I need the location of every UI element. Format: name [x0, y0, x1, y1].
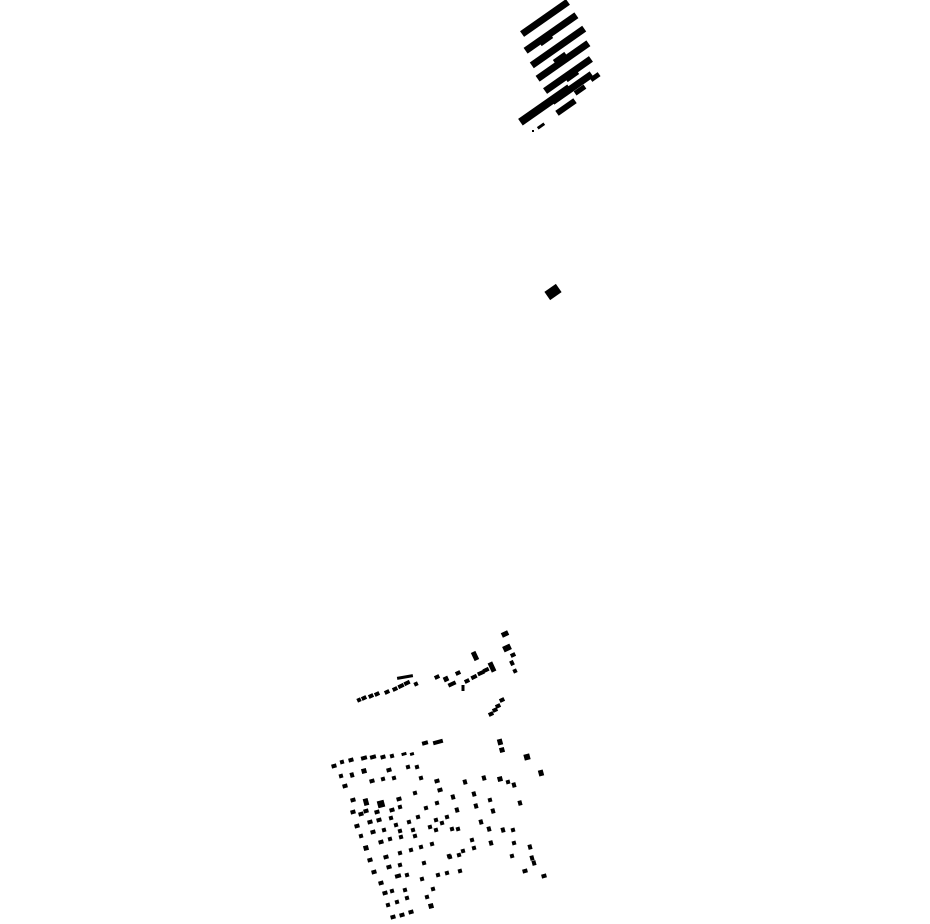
building [509, 660, 515, 666]
building [428, 825, 433, 830]
building [349, 772, 354, 778]
building [502, 644, 512, 653]
building [386, 864, 392, 869]
building [541, 873, 547, 878]
central-single-building [544, 284, 561, 300]
building [458, 869, 463, 874]
building [390, 889, 395, 894]
building [512, 668, 517, 673]
building [434, 818, 439, 823]
building [448, 680, 457, 687]
building [488, 798, 493, 803]
building [464, 678, 470, 684]
building [331, 763, 337, 768]
building [382, 890, 388, 895]
building [376, 817, 382, 822]
building [501, 630, 509, 637]
building [531, 860, 536, 866]
building [415, 765, 420, 770]
building [490, 808, 495, 814]
building [396, 796, 402, 801]
building [537, 122, 545, 129]
building [395, 873, 402, 878]
building [411, 828, 416, 833]
building [369, 778, 375, 783]
building [403, 680, 410, 686]
building [471, 651, 479, 661]
building [386, 903, 391, 908]
building [436, 873, 441, 878]
building [394, 823, 399, 828]
building [419, 776, 424, 781]
building [430, 842, 435, 847]
building [454, 807, 459, 813]
building [390, 754, 395, 759]
building [363, 808, 369, 813]
building [389, 816, 394, 821]
building [354, 823, 360, 828]
building [390, 914, 396, 919]
building [383, 854, 389, 859]
building [488, 840, 493, 846]
building [457, 853, 462, 858]
building [450, 827, 455, 832]
building [339, 774, 344, 779]
building [434, 828, 439, 833]
building [398, 863, 403, 868]
building [378, 839, 384, 844]
building [497, 776, 503, 782]
building [500, 827, 505, 833]
building [486, 826, 491, 832]
building [511, 828, 516, 833]
building [488, 661, 497, 672]
building [445, 815, 450, 820]
building [434, 674, 440, 680]
building [363, 845, 369, 851]
building [422, 740, 429, 745]
building [472, 846, 477, 851]
building [512, 841, 517, 846]
building [481, 775, 486, 781]
building [401, 752, 407, 756]
building [419, 845, 424, 850]
building [413, 834, 418, 839]
building [348, 757, 354, 762]
building [359, 834, 364, 839]
building [406, 765, 411, 770]
building [510, 652, 516, 658]
building [398, 851, 403, 856]
building [517, 800, 522, 806]
building [356, 697, 361, 702]
building [450, 794, 455, 800]
building [361, 768, 367, 774]
building [361, 755, 368, 760]
building [388, 837, 393, 842]
building [544, 284, 561, 300]
building [422, 861, 427, 866]
building [471, 791, 476, 797]
building [403, 888, 408, 893]
building [497, 738, 503, 745]
building [374, 691, 380, 697]
building [363, 798, 370, 806]
building [380, 754, 386, 759]
building [398, 829, 403, 834]
building [389, 807, 395, 812]
building [408, 909, 414, 914]
building [470, 838, 475, 843]
building [340, 760, 345, 765]
building [410, 752, 415, 756]
building [368, 693, 374, 699]
building [522, 868, 528, 873]
building [397, 683, 404, 689]
building [527, 844, 532, 850]
building [455, 670, 461, 676]
building [382, 828, 387, 833]
building [443, 676, 450, 683]
building-footprints [0, 0, 930, 924]
south-village-strip [356, 630, 517, 717]
building [413, 681, 418, 686]
building [342, 783, 348, 788]
building [370, 754, 377, 759]
building [511, 782, 516, 788]
building [374, 809, 380, 814]
building [398, 805, 403, 810]
building [405, 896, 410, 901]
building [506, 780, 511, 785]
building [381, 777, 386, 782]
building [435, 801, 440, 806]
building [384, 689, 390, 695]
building [523, 753, 530, 760]
building [437, 787, 443, 792]
building [510, 854, 515, 859]
building [499, 747, 505, 753]
building [433, 739, 444, 745]
building [405, 873, 410, 878]
building [434, 778, 440, 783]
building [473, 803, 478, 809]
building [370, 829, 376, 834]
building [499, 697, 505, 703]
building [462, 685, 465, 691]
building [478, 819, 483, 825]
south-village-grid [331, 738, 547, 919]
building [524, 12, 579, 53]
building [378, 880, 384, 885]
building [395, 900, 400, 905]
building [407, 820, 412, 825]
building [377, 800, 386, 809]
building [425, 895, 430, 900]
building [445, 871, 450, 876]
building [367, 857, 373, 862]
building [416, 815, 421, 820]
building [358, 811, 364, 816]
building [424, 806, 429, 811]
building [538, 769, 544, 776]
building [399, 835, 404, 840]
building [456, 827, 461, 832]
building [470, 674, 477, 680]
building [361, 695, 367, 701]
building [462, 779, 467, 785]
building [409, 848, 414, 853]
building [371, 869, 377, 874]
building [350, 809, 356, 814]
building [350, 797, 356, 802]
building [461, 849, 466, 854]
north-slab-block [518, 0, 600, 132]
building [367, 819, 373, 824]
building [420, 877, 425, 882]
building [413, 791, 418, 796]
building [386, 767, 392, 772]
figure-ground-map [0, 0, 930, 924]
building [392, 776, 397, 781]
building [532, 130, 534, 132]
building [397, 674, 413, 680]
building [520, 0, 570, 37]
building [392, 686, 398, 692]
building [399, 912, 405, 917]
building [431, 887, 436, 892]
building [428, 903, 434, 909]
building [529, 855, 534, 861]
building [440, 821, 445, 826]
